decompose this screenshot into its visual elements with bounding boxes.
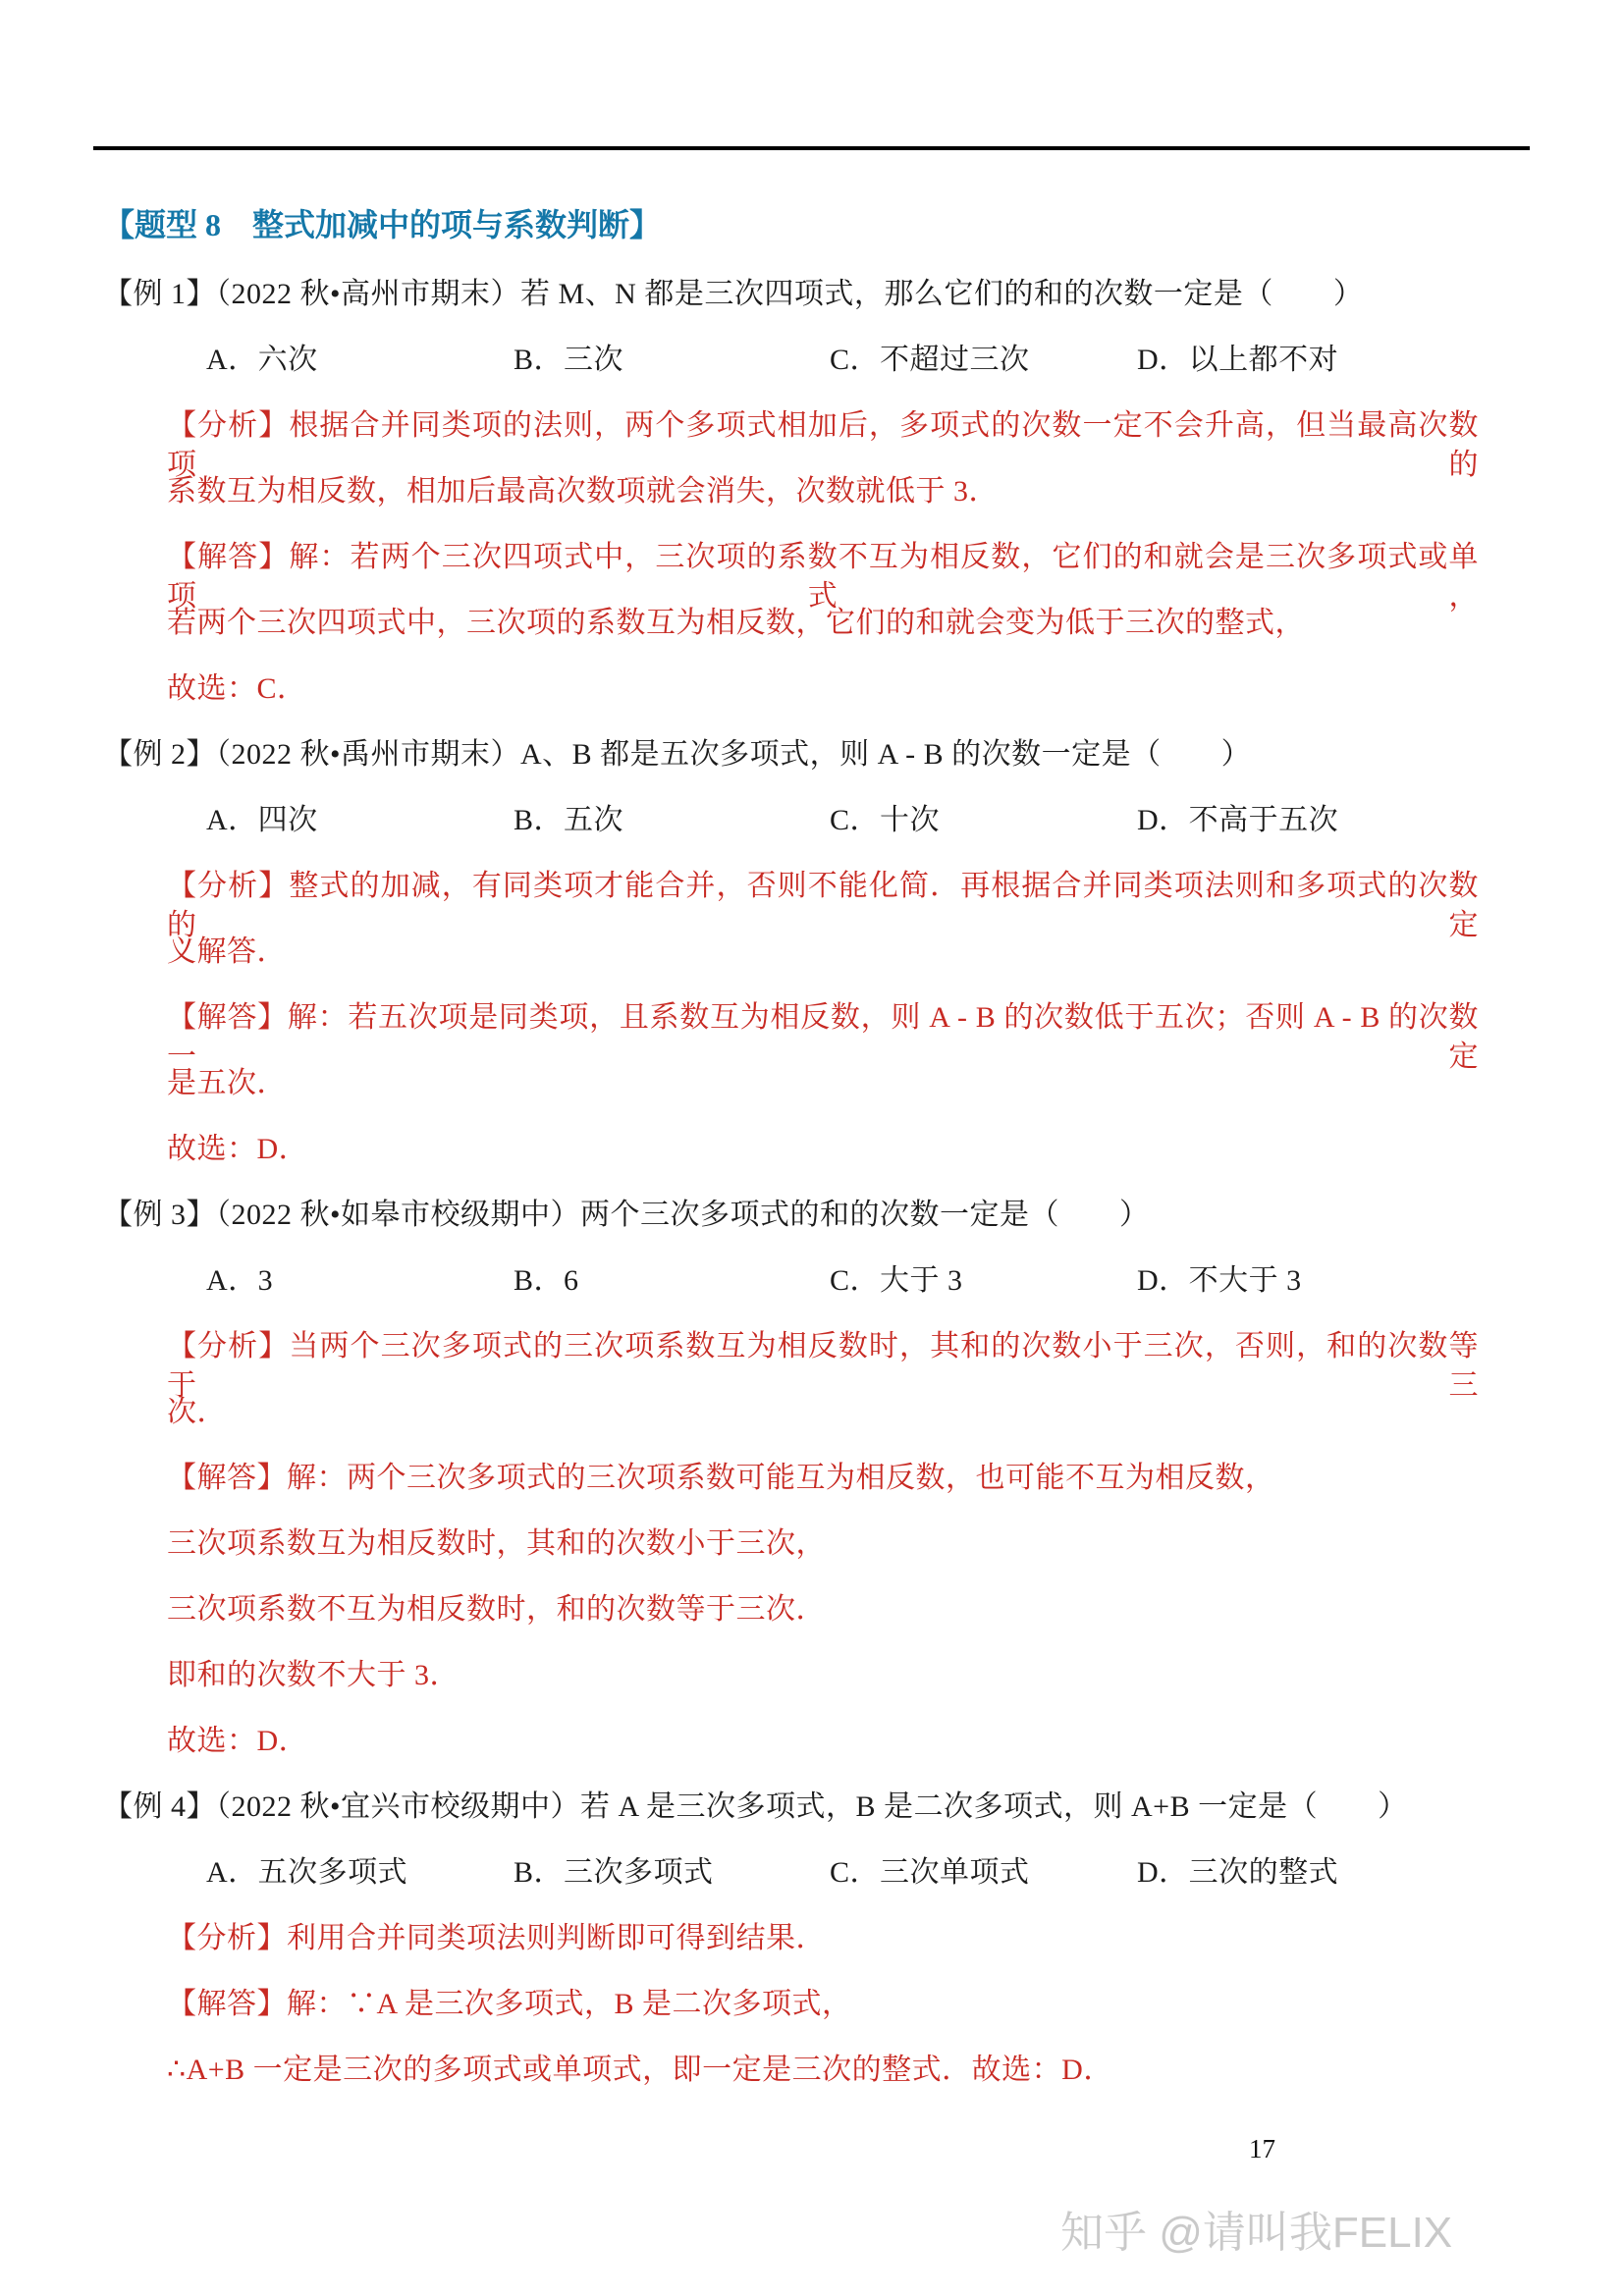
- example-4-analysis-line-1: 【分析】利用合并同类项法则判断即可得到结果．: [167, 1919, 826, 1958]
- example-1-analysis-line-2: 系数互为相反数，相加后最高次数项就会消失，次数就低于 3．: [167, 472, 999, 511]
- example-2-option-c: C．十次: [830, 801, 940, 840]
- example-4-option-a: A．五次多项式: [206, 1853, 407, 1893]
- example-2-solution-answer: 故选：D．: [167, 1130, 308, 1169]
- example-3-solution-line-1: 【解答】解：两个三次多项式的三次项系数可能互为相反数，也可能不互为相反数，: [167, 1459, 1275, 1498]
- example-4-solution-line-1: 【解答】解：∵A 是三次多项式，B 是二次多项式，: [167, 1985, 852, 2024]
- example-3-solution-line-3: 三次项系数不互为相反数时，和的次数等于三次．: [167, 1590, 826, 1629]
- example-1-analysis-line-1: 【分析】根据合并同类项的法则，两个多项式相加后，多项式的次数一定不会升高，但当最…: [167, 406, 1479, 446]
- example-1-option-d: D．以上都不对: [1137, 341, 1338, 380]
- example-1-solution-answer: 故选：C．: [167, 669, 307, 709]
- example-2-analysis-line-1: 【分析】整式的加减，有同类项才能合并，否则不能化简．再根据合并同类项法则和多项式…: [167, 867, 1479, 906]
- example-4-solution-line-2: ∴A+B 一定是三次的多项式或单项式，即一定是三次的整式．故选：D．: [167, 2051, 1113, 2090]
- example-3-solution-line-2: 三次项系数互为相反数时，其和的次数小于三次，: [167, 1524, 826, 1564]
- example-1-option-a: A．六次: [206, 341, 318, 380]
- example-3-analysis-line-1: 【分析】当两个三次多项式的三次项系数互为相反数时，其和的次数小于三次，否则，和的…: [167, 1327, 1479, 1366]
- example-3-option-c: C．大于 3: [830, 1261, 963, 1301]
- example-2-option-d: D．不高于五次: [1137, 801, 1338, 840]
- example-1-option-b: B．三次: [514, 341, 623, 380]
- example-2-question: 【例 2】（2022 秋•禹州市期末）A、B 都是五次多项式，则 A - B 的…: [103, 735, 1251, 774]
- example-3-question: 【例 3】（2022 秋•如皋市校级期中）两个三次多项式的和的次数一定是（ ）: [103, 1196, 1150, 1235]
- section-title: 【题型 8 整式加减中的项与系数判断】: [103, 203, 661, 246]
- example-4-option-b: B．三次多项式: [514, 1853, 714, 1893]
- example-1-solution-line-1: 【解答】解：若两个三次四项式中，三次项的系数不互为相反数，它们的和就会是三次多项…: [167, 538, 1479, 577]
- header-rule: [93, 146, 1530, 150]
- page-number: 17: [1249, 2132, 1275, 2165]
- document-page: 【题型 8 整式加减中的项与系数判断】 【例 1】（2022 秋•高州市期末）若…: [0, 0, 1624, 2296]
- example-2-analysis-line-2: 义解答．: [167, 933, 287, 972]
- example-4-question: 【例 4】（2022 秋•宜兴市校级期中）若 A 是三次多项式，B 是二次多项式…: [103, 1788, 1408, 1827]
- example-3-option-d: D．不大于 3: [1137, 1261, 1302, 1301]
- example-1-option-c: C．不超过三次: [830, 341, 1030, 380]
- example-2-option-a: A．四次: [206, 801, 318, 840]
- example-3-analysis-line-2: 次．: [167, 1393, 227, 1432]
- watermark-text: 知乎 @请叫我FELIX: [1060, 2206, 1452, 2261]
- example-2-option-b: B．五次: [514, 801, 623, 840]
- example-4-option-c: C．三次单项式: [830, 1853, 1030, 1893]
- example-2-solution-line-2: 是五次．: [167, 1064, 287, 1103]
- example-3-solution-answer: 故选：D．: [167, 1722, 308, 1761]
- example-2-solution-line-1: 【解答】解：若五次项是同类项，且系数互为相反数，则 A - B 的次数低于五次；…: [167, 998, 1479, 1038]
- example-1-solution-line-2: 若两个三次四项式中，三次项的系数互为相反数，它们的和就会变为低于三次的整式，: [167, 604, 1305, 643]
- example-3-option-a: A．3: [206, 1261, 273, 1301]
- example-3-solution-line-4: 即和的次数不大于 3．: [167, 1656, 460, 1695]
- example-3-option-b: B．6: [514, 1261, 579, 1301]
- example-1-question: 【例 1】（2022 秋•高州市期末）若 M、N 都是三次四项式，那么它们的和的…: [103, 275, 1363, 314]
- example-4-option-d: D．三次的整式: [1137, 1853, 1338, 1893]
